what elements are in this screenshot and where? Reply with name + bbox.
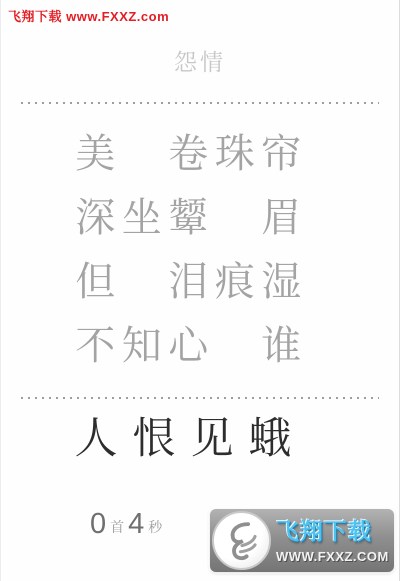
poem-char: 帘 — [258, 122, 305, 186]
candidate-char-2[interactable]: 恨 — [125, 408, 183, 470]
poems-count: 0 — [90, 508, 106, 541]
poem-char: 知 — [119, 314, 166, 378]
badge-text-block: 飞翔下载 WWW.FXXZ.COM — [276, 513, 392, 564]
badge-brand-name: 飞翔下载 — [276, 513, 392, 546]
poem-char: 心 — [165, 314, 212, 378]
poem-char: 深 — [72, 186, 119, 250]
candidate-char-4[interactable]: 蛾 — [241, 408, 299, 470]
poem-row-3: 但 泪 痕 湿 — [0, 250, 400, 314]
poem-title: 怨情 — [0, 44, 400, 77]
poem-char: 颦 — [165, 186, 212, 250]
poem-blank-slot — [119, 250, 166, 314]
top-watermark: 飞翔下载 www.FXXZ.com — [8, 6, 169, 25]
poem-char: 坐 — [119, 186, 166, 250]
poem-char: 谁 — [258, 314, 305, 378]
poem-game-screen: 飞翔下载 www.FXXZ.com 怨情 美 卷 珠 帘 深 坐 颦 眉 但 泪… — [0, 0, 400, 581]
badge-site-url: WWW.FXXZ.COM — [276, 549, 392, 564]
elapsed-seconds: 4 — [128, 508, 144, 541]
poem-blank-slot — [119, 122, 166, 186]
bottom-watermark-badge: 飞翔下载 WWW.FXXZ.COM — [210, 509, 394, 572]
poem-grid: 美 卷 珠 帘 深 坐 颦 眉 但 泪 痕 湿 不 知 心 谁 — [0, 122, 400, 378]
poem-char: 不 — [72, 314, 119, 378]
poem-char: 卷 — [165, 122, 212, 186]
poems-unit-label: 首 — [110, 517, 124, 537]
poem-char: 美 — [72, 122, 119, 186]
poem-row-4: 不 知 心 谁 — [0, 314, 400, 378]
fxxz-logo-icon — [212, 511, 271, 570]
poem-blank-slot — [212, 186, 259, 250]
poem-blank-slot — [212, 314, 259, 378]
poem-char: 湿 — [258, 250, 305, 314]
poem-char: 痕 — [212, 250, 259, 314]
poem-char: 眉 — [258, 186, 305, 250]
poem-char: 珠 — [212, 122, 259, 186]
candidate-char-3[interactable]: 见 — [183, 408, 241, 470]
poem-char: 但 — [72, 250, 119, 314]
status-bar: 0 首 4 秒 — [90, 504, 166, 544]
seconds-unit-label: 秒 — [148, 517, 162, 537]
poem-char: 泪 — [165, 250, 212, 314]
candidate-row: 人 恨 见 蛾 — [0, 408, 400, 470]
dotted-divider-bottom — [21, 397, 379, 399]
dotted-divider-top — [21, 102, 379, 104]
poem-row-1: 美 卷 珠 帘 — [0, 122, 400, 186]
poem-row-2: 深 坐 颦 眉 — [0, 186, 400, 250]
candidate-char-1[interactable]: 人 — [67, 408, 125, 470]
